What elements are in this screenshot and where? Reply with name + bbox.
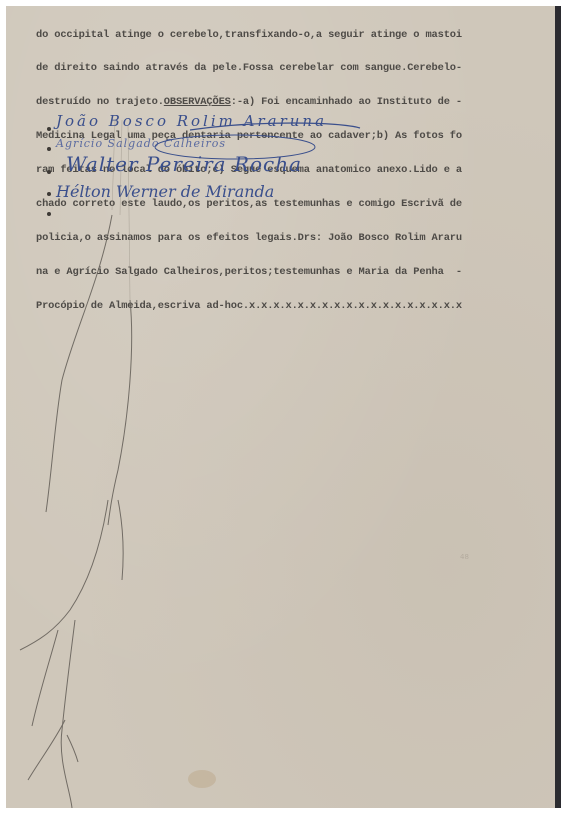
report-line-3-start: destruído no trajeto. — [36, 96, 164, 108]
report-line-9: Procópio de Almeida,escriva ad-hoc.x.x.x… — [36, 301, 536, 312]
paper-stain — [188, 770, 216, 788]
page-mark: 48 — [460, 553, 469, 561]
report-line-8: na e Agrício Salgado Calheiros,peritos;t… — [36, 267, 536, 278]
scan-border — [555, 6, 561, 808]
signature-flourish-icon — [40, 112, 400, 222]
observations-heading: OBSERVAÇÕES — [164, 96, 231, 108]
report-line-3-end: :-a) Foi encaminhado ao Instituto de - — [231, 96, 462, 108]
report-line-3: destruído no trajeto.OBSERVAÇÕES:-a) Foi… — [36, 97, 536, 108]
report-line-2: de direito saindo através da pele.Fossa … — [36, 63, 536, 74]
signature-block: João Bosco Rolim Araruna Agrício Salgado… — [40, 112, 400, 222]
report-line-1: do occipital atinge o cerebelo,transfixa… — [36, 30, 536, 41]
report-line-7: policia,o assinamos para os efeitos lega… — [36, 233, 536, 244]
